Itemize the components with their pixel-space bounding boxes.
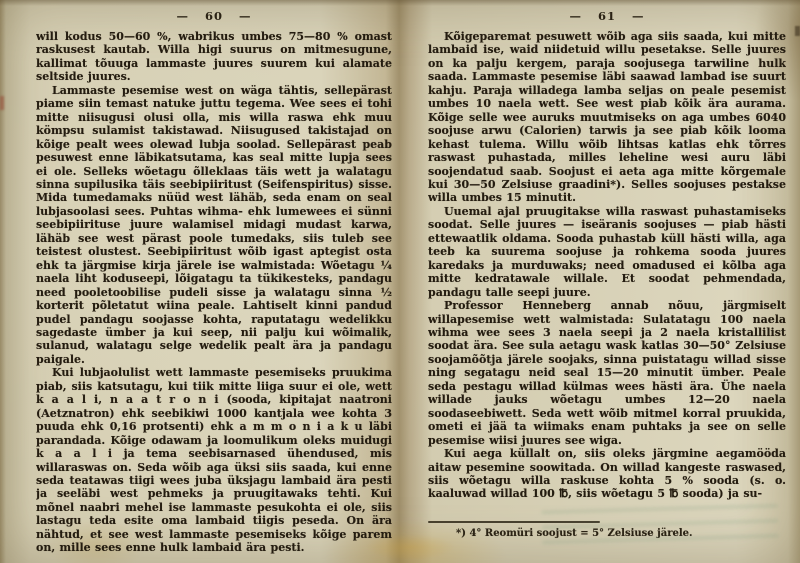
book-scan: — 60 — will kodus 50—60 %, wabrikus umbe… [0, 0, 800, 563]
page-60-header: — 60 — [36, 0, 392, 23]
stain [365, 534, 455, 560]
page-61: — 61 — Kõigeparemat pesuwett wõib aga si… [428, 0, 786, 556]
paragraph: Kõigeparemat pesuwett wõib aga siis saad… [428, 30, 786, 205]
page-60: — 60 — will kodus 50—60 %, wabrikus umbe… [36, 0, 392, 556]
page-61-header: — 61 — [428, 0, 786, 23]
paragraph: Kui aega küllalt on, siis oleks järgmine… [428, 447, 786, 501]
paragraph: Lammaste pesemise west on wäga tähtis, s… [36, 84, 392, 367]
paragraph: Professor Henneberg annab nõuu, järgmise… [428, 299, 786, 447]
paragraph: Kui lubjaolulist wett lammaste pesemisek… [36, 366, 392, 554]
page-61-number: — 61 — [569, 9, 644, 23]
ink-bleed-through [541, 495, 778, 550]
page-edge-mark [795, 26, 800, 36]
page-edge-mark [0, 96, 4, 110]
page-60-number: — 60 — [176, 9, 251, 23]
paragraph-continued: will kodus 50—60 %, wabrikus umbes 75—80… [36, 30, 392, 84]
paragraph: Uuemal ajal pruugitakse willa raswast pu… [428, 205, 786, 299]
